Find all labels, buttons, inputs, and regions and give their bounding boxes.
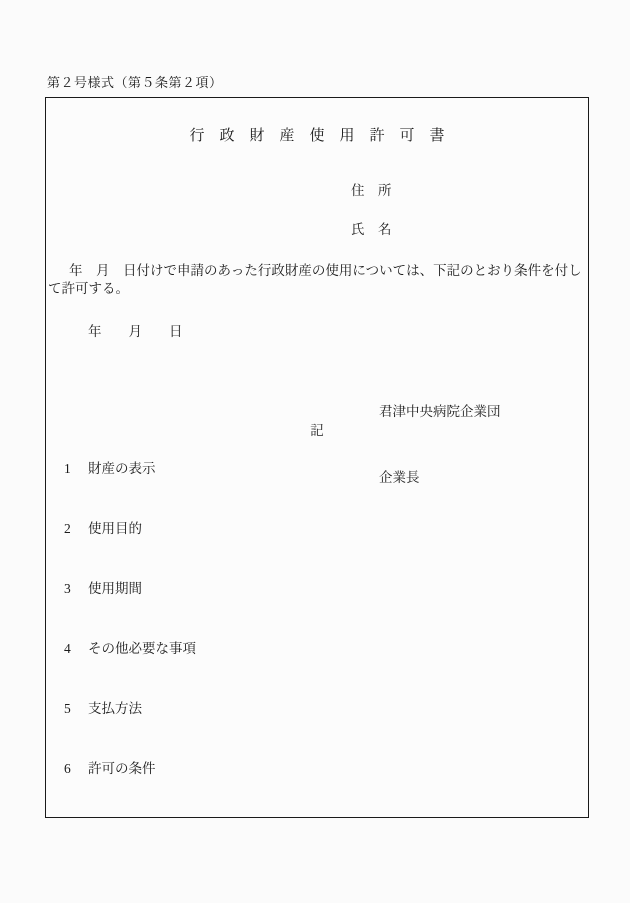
item-number: 1 [64,460,71,478]
item-label: 使用期間 [88,580,142,598]
list-item: 2 使用目的 [46,520,588,538]
item-list: 1 財産の表示 2 使用目的 3 使用期間 4 その他必要な事項 5 支払方法 … [46,98,588,817]
item-number: 3 [64,580,71,598]
item-number: 4 [64,640,71,658]
item-number: 2 [64,520,71,538]
document-page: 第２号様式（第５条第２項） 行 政 財 産 使 用 許 可 書 住 所 氏 名 … [0,0,630,903]
item-label: その他必要な事項 [88,640,196,658]
list-item: 6 許可の条件 [46,760,588,778]
form-number-label: 第２号様式（第５条第２項） [47,74,223,92]
item-label: 使用目的 [88,520,142,538]
item-label: 許可の条件 [88,760,156,778]
item-label: 支払方法 [88,700,142,718]
list-item: 1 財産の表示 [46,460,588,478]
item-number: 5 [64,700,71,718]
item-number: 6 [64,760,71,778]
item-label: 財産の表示 [88,460,156,478]
list-item: 5 支払方法 [46,700,588,718]
list-item: 3 使用期間 [46,580,588,598]
document-border-box: 行 政 財 産 使 用 許 可 書 住 所 氏 名 年 月 日付けで申請のあった… [45,97,589,818]
list-item: 4 その他必要な事項 [46,640,588,658]
